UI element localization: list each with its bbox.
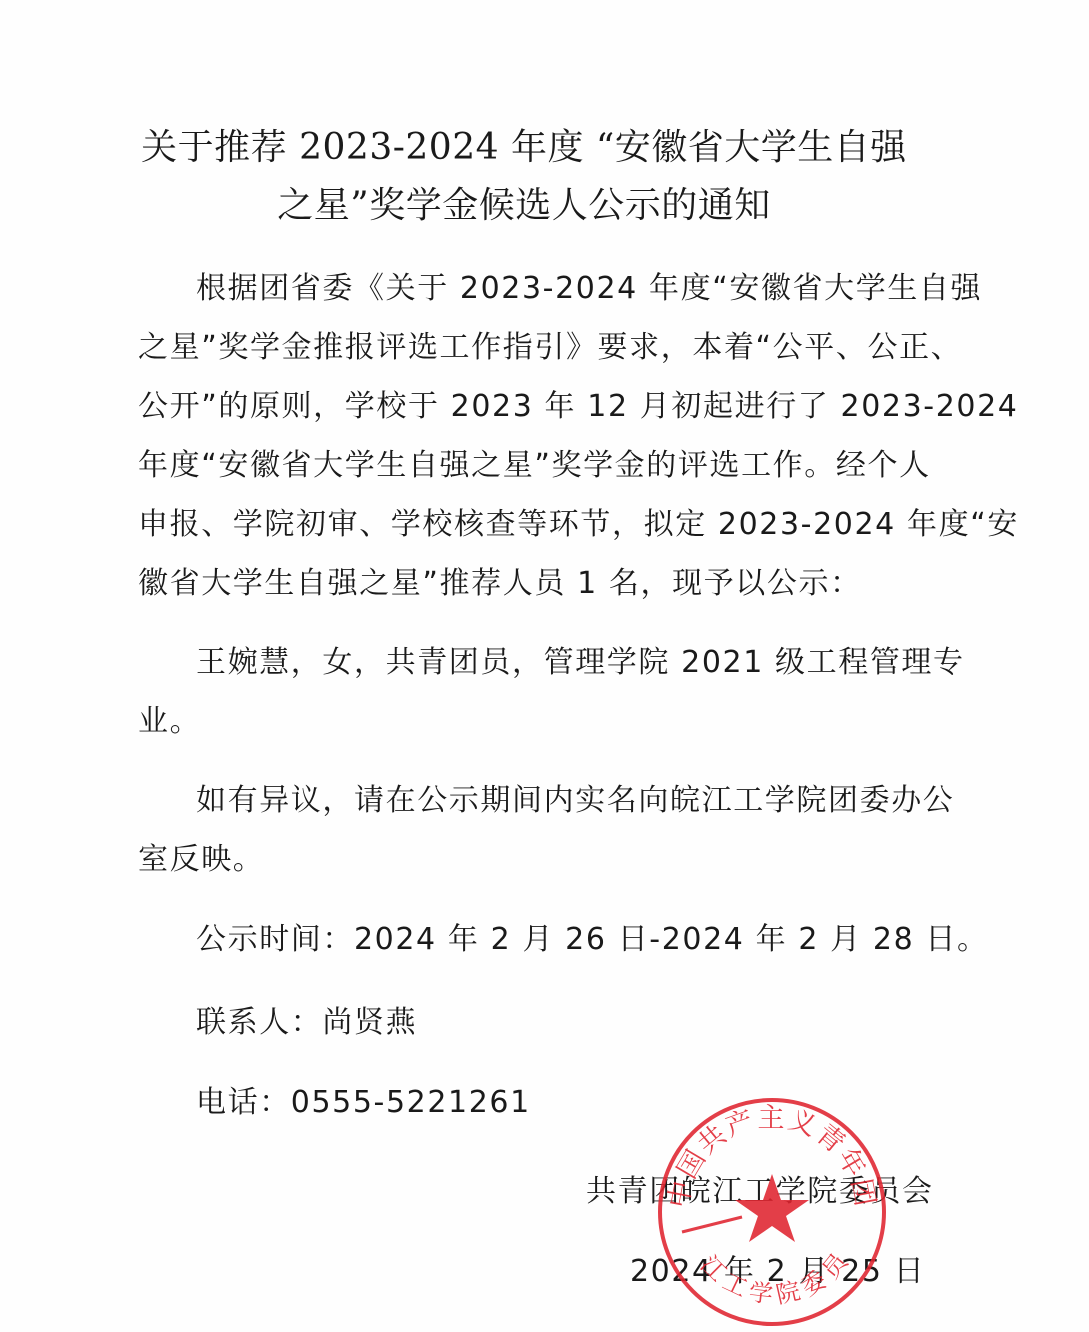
- objection-line: 如有异议，请在公示期间内实名向皖江工学院团委办公: [196, 786, 910, 816]
- document-page: 关于推荐 2023-2024 年度 “安徽省大学生自强 之星”奖学金候选人公示的…: [0, 0, 1089, 1332]
- official-seal-stamp: 中国共产主义青年团 皖江工学院委员会: [652, 1092, 892, 1332]
- contact-person: 联系人：尚贤燕: [196, 1008, 910, 1038]
- paragraph-line: 根据团省委《关于 2023-2024 年度“安徽省大学生自强: [196, 274, 910, 304]
- document-title-line-1: 关于推荐 2023-2024 年度 “安徽省大学生自强: [138, 130, 910, 166]
- paragraph-line: 申报、学院初审、学校核查等环节，拟定 2023-2024 年度“安: [138, 510, 910, 540]
- publicity-period: 公示时间：2024 年 2 月 26 日-2024 年 2 月 28 日。: [196, 925, 910, 955]
- paragraph-line: 徽省大学生自强之星”推荐人员 1 名，现予以公示：: [138, 569, 910, 599]
- objection-line: 室反映。: [138, 845, 910, 875]
- document-title-line-2: 之星”奖学金候选人公示的通知: [138, 188, 910, 224]
- paragraph-line: 之星”奖学金推报评选工作指引》要求，本着“公平、公正、: [138, 333, 910, 363]
- paragraph-line: 年度“安徽省大学生自强之星”奖学金的评选工作。经个人: [138, 451, 910, 481]
- candidate-line: 王婉慧，女，共青团员，管理学院 2021 级工程管理专: [196, 648, 910, 678]
- star-icon: [735, 1174, 809, 1242]
- paragraph-line: 公开”的原则，学校于 2023 年 12 月初起进行了 2023-2024: [138, 392, 910, 422]
- candidate-line: 业。: [138, 707, 910, 737]
